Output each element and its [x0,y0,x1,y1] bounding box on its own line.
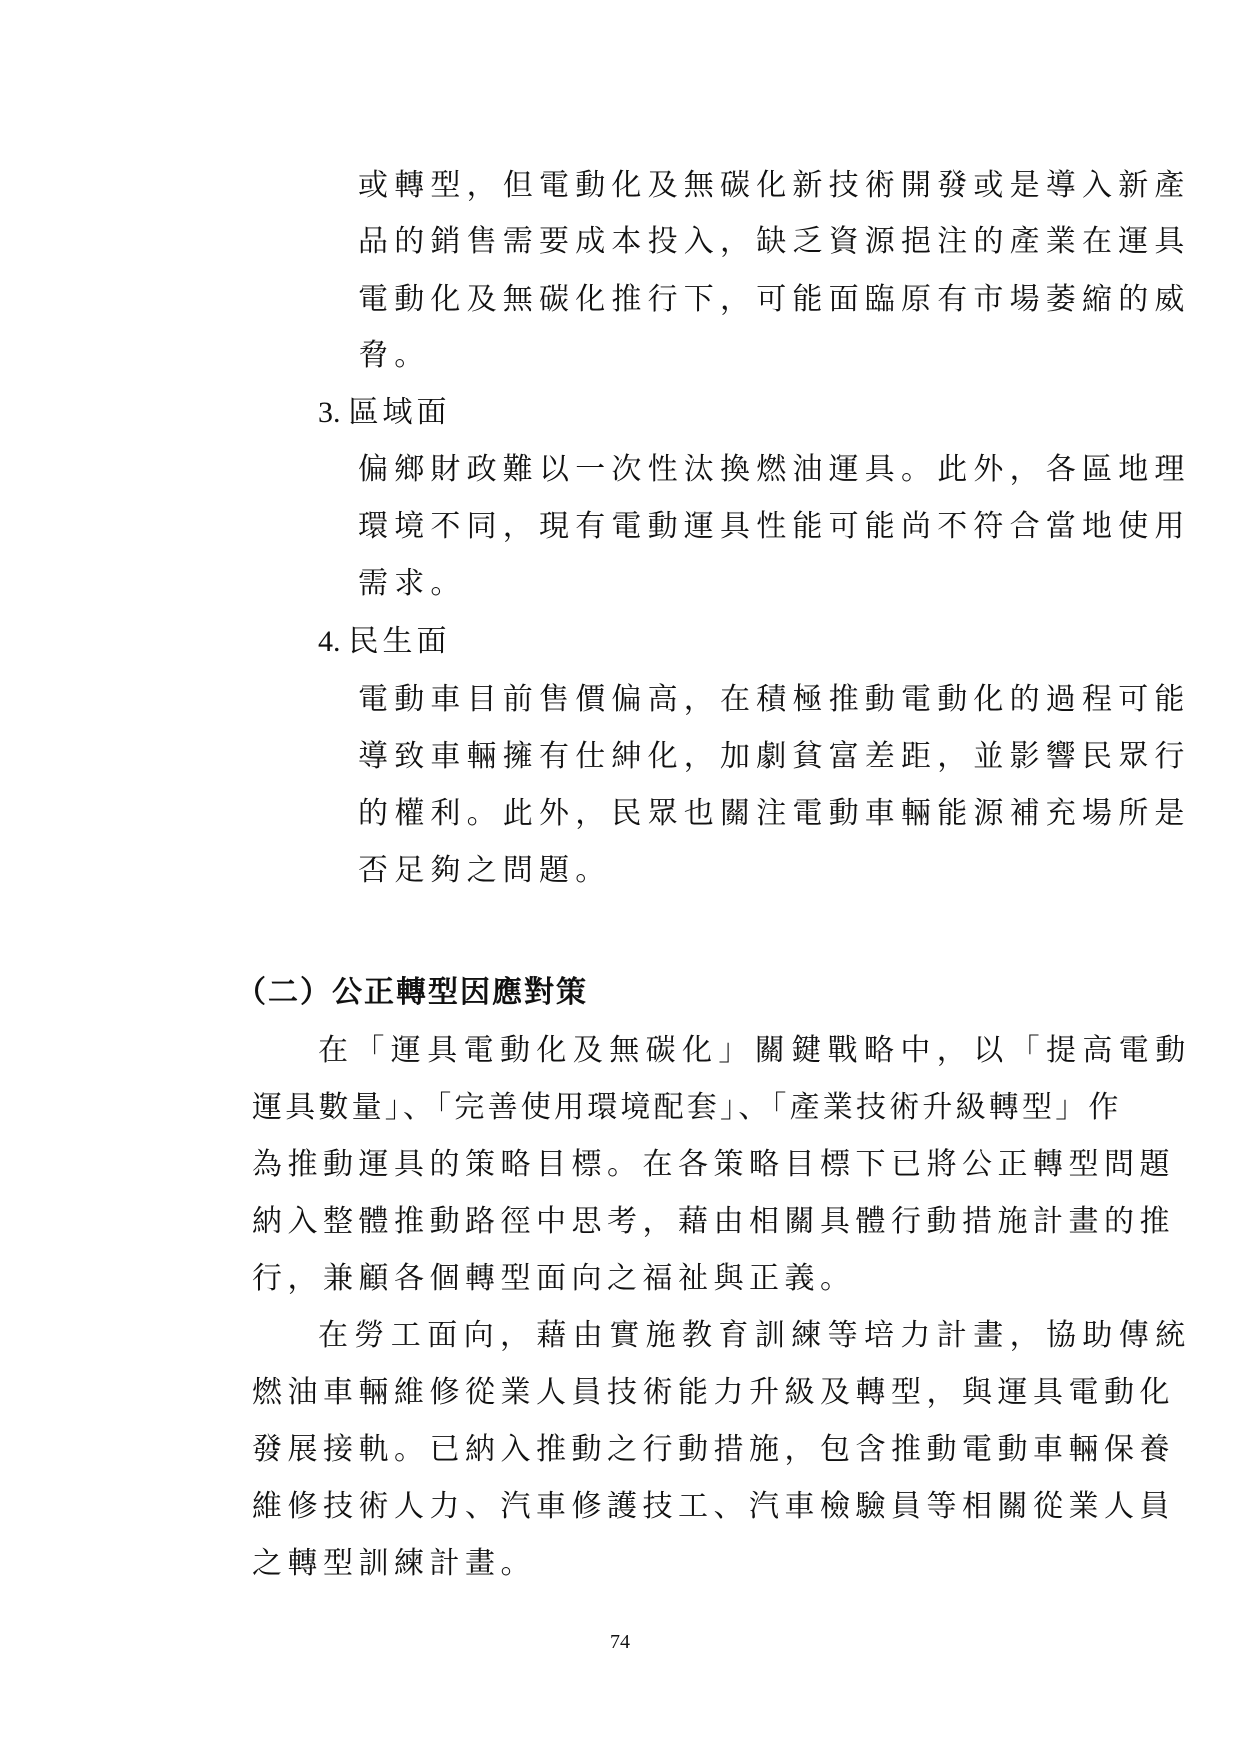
paragraph-line: 否足夠之問題。 [358,851,611,891]
paragraph-line: 或轉型，但電動化及無碳化新技術開發或是導入新產 [358,166,1191,206]
section-heading: （二）公正轉型因應對策 [236,973,588,1013]
paragraph-line: 脅。 [358,336,430,376]
paragraph-line: 的權利。此外，民眾也關注電動車輛能源補充場所是 [358,794,1191,834]
item-heading: 4.民生面 [318,622,451,662]
paragraph-line: 為推動運具的策略目標。在各策略目標下已將公正轉型問題 [252,1145,1175,1185]
item-title: 民生面 [349,624,451,659]
paragraph-line: 發展接軌。已納入推動之行動措施，包含推動電動車輛保養 [252,1430,1175,1470]
paragraph-line: 之轉型訓練計畫。 [252,1544,536,1584]
page-number: 74 [0,1630,1240,1654]
paragraph-line: 偏鄉財政難以一次性汰換燃油運具。此外，各區地理 [358,450,1191,490]
paragraph-line: 燃油車輛維修從業人員技術能力升級及轉型，與運具電動化 [252,1373,1175,1413]
paragraph-line: 行，兼顧各個轉型面向之福祉與正義。 [252,1259,856,1299]
paragraph-line: 納入整體推動路徑中思考，藉由相關具體行動措施計畫的推 [252,1202,1175,1242]
paragraph-line: 環境不同，現有電動運具性能可能尚不符合當地使用 [358,507,1191,547]
paragraph-line: 運具數量」、「完善使用環境配套」、「產業技術升級轉型」作 [252,1088,1122,1128]
paragraph-line: 在勞工面向，藉由實施教育訓練等培力計畫，協助傳統 [318,1316,1192,1356]
item-number: 4. [318,625,341,658]
paragraph-line: 導致車輛擁有仕紳化，加劇貧富差距，並影響民眾行 [358,737,1191,777]
item-number: 3. [318,396,341,429]
paragraph-line: 需求。 [358,564,467,604]
paragraph-line: 電動車目前售價偏高，在積極推動電動化的過程可能 [358,680,1191,720]
document-page: 或轉型，但電動化及無碳化新技術開發或是導入新產 品的銷售需要成本投入，缺乏資源挹… [0,0,1240,1753]
paragraph-line: 在「運具電動化及無碳化」關鍵戰略中，以「提高電動 [318,1031,1192,1071]
paragraph-line: 維修技術人力、汽車修護技工、汽車檢驗員等相關從業人員 [252,1487,1175,1527]
item-heading: 3.區域面 [318,393,451,433]
item-title: 區域面 [349,395,451,430]
paragraph-line: 品的銷售需要成本投入，缺乏資源挹注的產業在運具 [358,222,1191,262]
paragraph-line: 電動化及無碳化推行下，可能面臨原有市場萎縮的威 [358,280,1191,320]
